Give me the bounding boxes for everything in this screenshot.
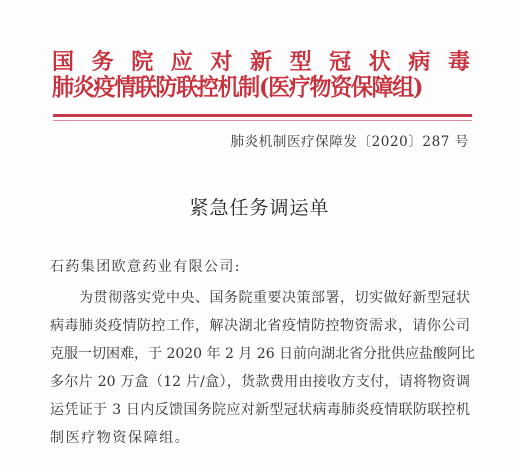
document-number: 肺炎机制医疗保障发〔2020〕287 号: [231, 130, 469, 150]
body-line: 病毒肺炎疫情防控工作，解决湖北省疫情防控物资需求，请你公司: [50, 316, 470, 336]
header-char: 新: [250, 50, 272, 74]
issuing-authority-line-2: 肺炎疫情联防联控机制(医疗物资保障组): [52, 75, 470, 100]
header-char: 病: [408, 50, 430, 74]
document-page: 国 务 院 应 对 新 型 冠 状 病 毒 肺炎疫情联防联控机制(医疗物资保障组…: [0, 0, 519, 465]
document-title: 紧急任务调运单: [0, 193, 519, 220]
header-char: 对: [210, 50, 232, 74]
body-line: 运凭证于 3 日内反馈国务院应对新型冠状病毒肺炎疫情联防联控机: [50, 400, 470, 420]
body-line: 克服一切困难，于 2020 年 2 月 26 日前向湖北省分批供应盐酸阿比: [50, 344, 470, 364]
body-line: 为贯彻落实党中央、国务院重要决策部署，切实做好新型冠状: [79, 288, 470, 308]
issuing-authority-line-1: 国 务 院 应 对 新 型 冠 状 病 毒: [52, 50, 470, 74]
header-char: 务: [92, 50, 114, 74]
body-line: 制医疗物资保障组。: [50, 428, 470, 448]
header-thin-rule: [53, 120, 472, 121]
body-line: 多尔片 20 万盒（12 片/盒），货款费用由接收方支付，请将物资调: [50, 372, 470, 392]
header-char: 国: [52, 50, 74, 74]
header-char: 状: [369, 50, 391, 74]
recipient-salutation: 石药集团欧意药业有限公司:: [50, 256, 241, 276]
header-red-rule: [53, 114, 472, 117]
header-char: 冠: [329, 50, 351, 74]
header-char: 应: [171, 50, 193, 74]
header-char: 毒: [448, 50, 470, 74]
header-char: 院: [131, 50, 153, 74]
header-char: 型: [290, 50, 312, 74]
